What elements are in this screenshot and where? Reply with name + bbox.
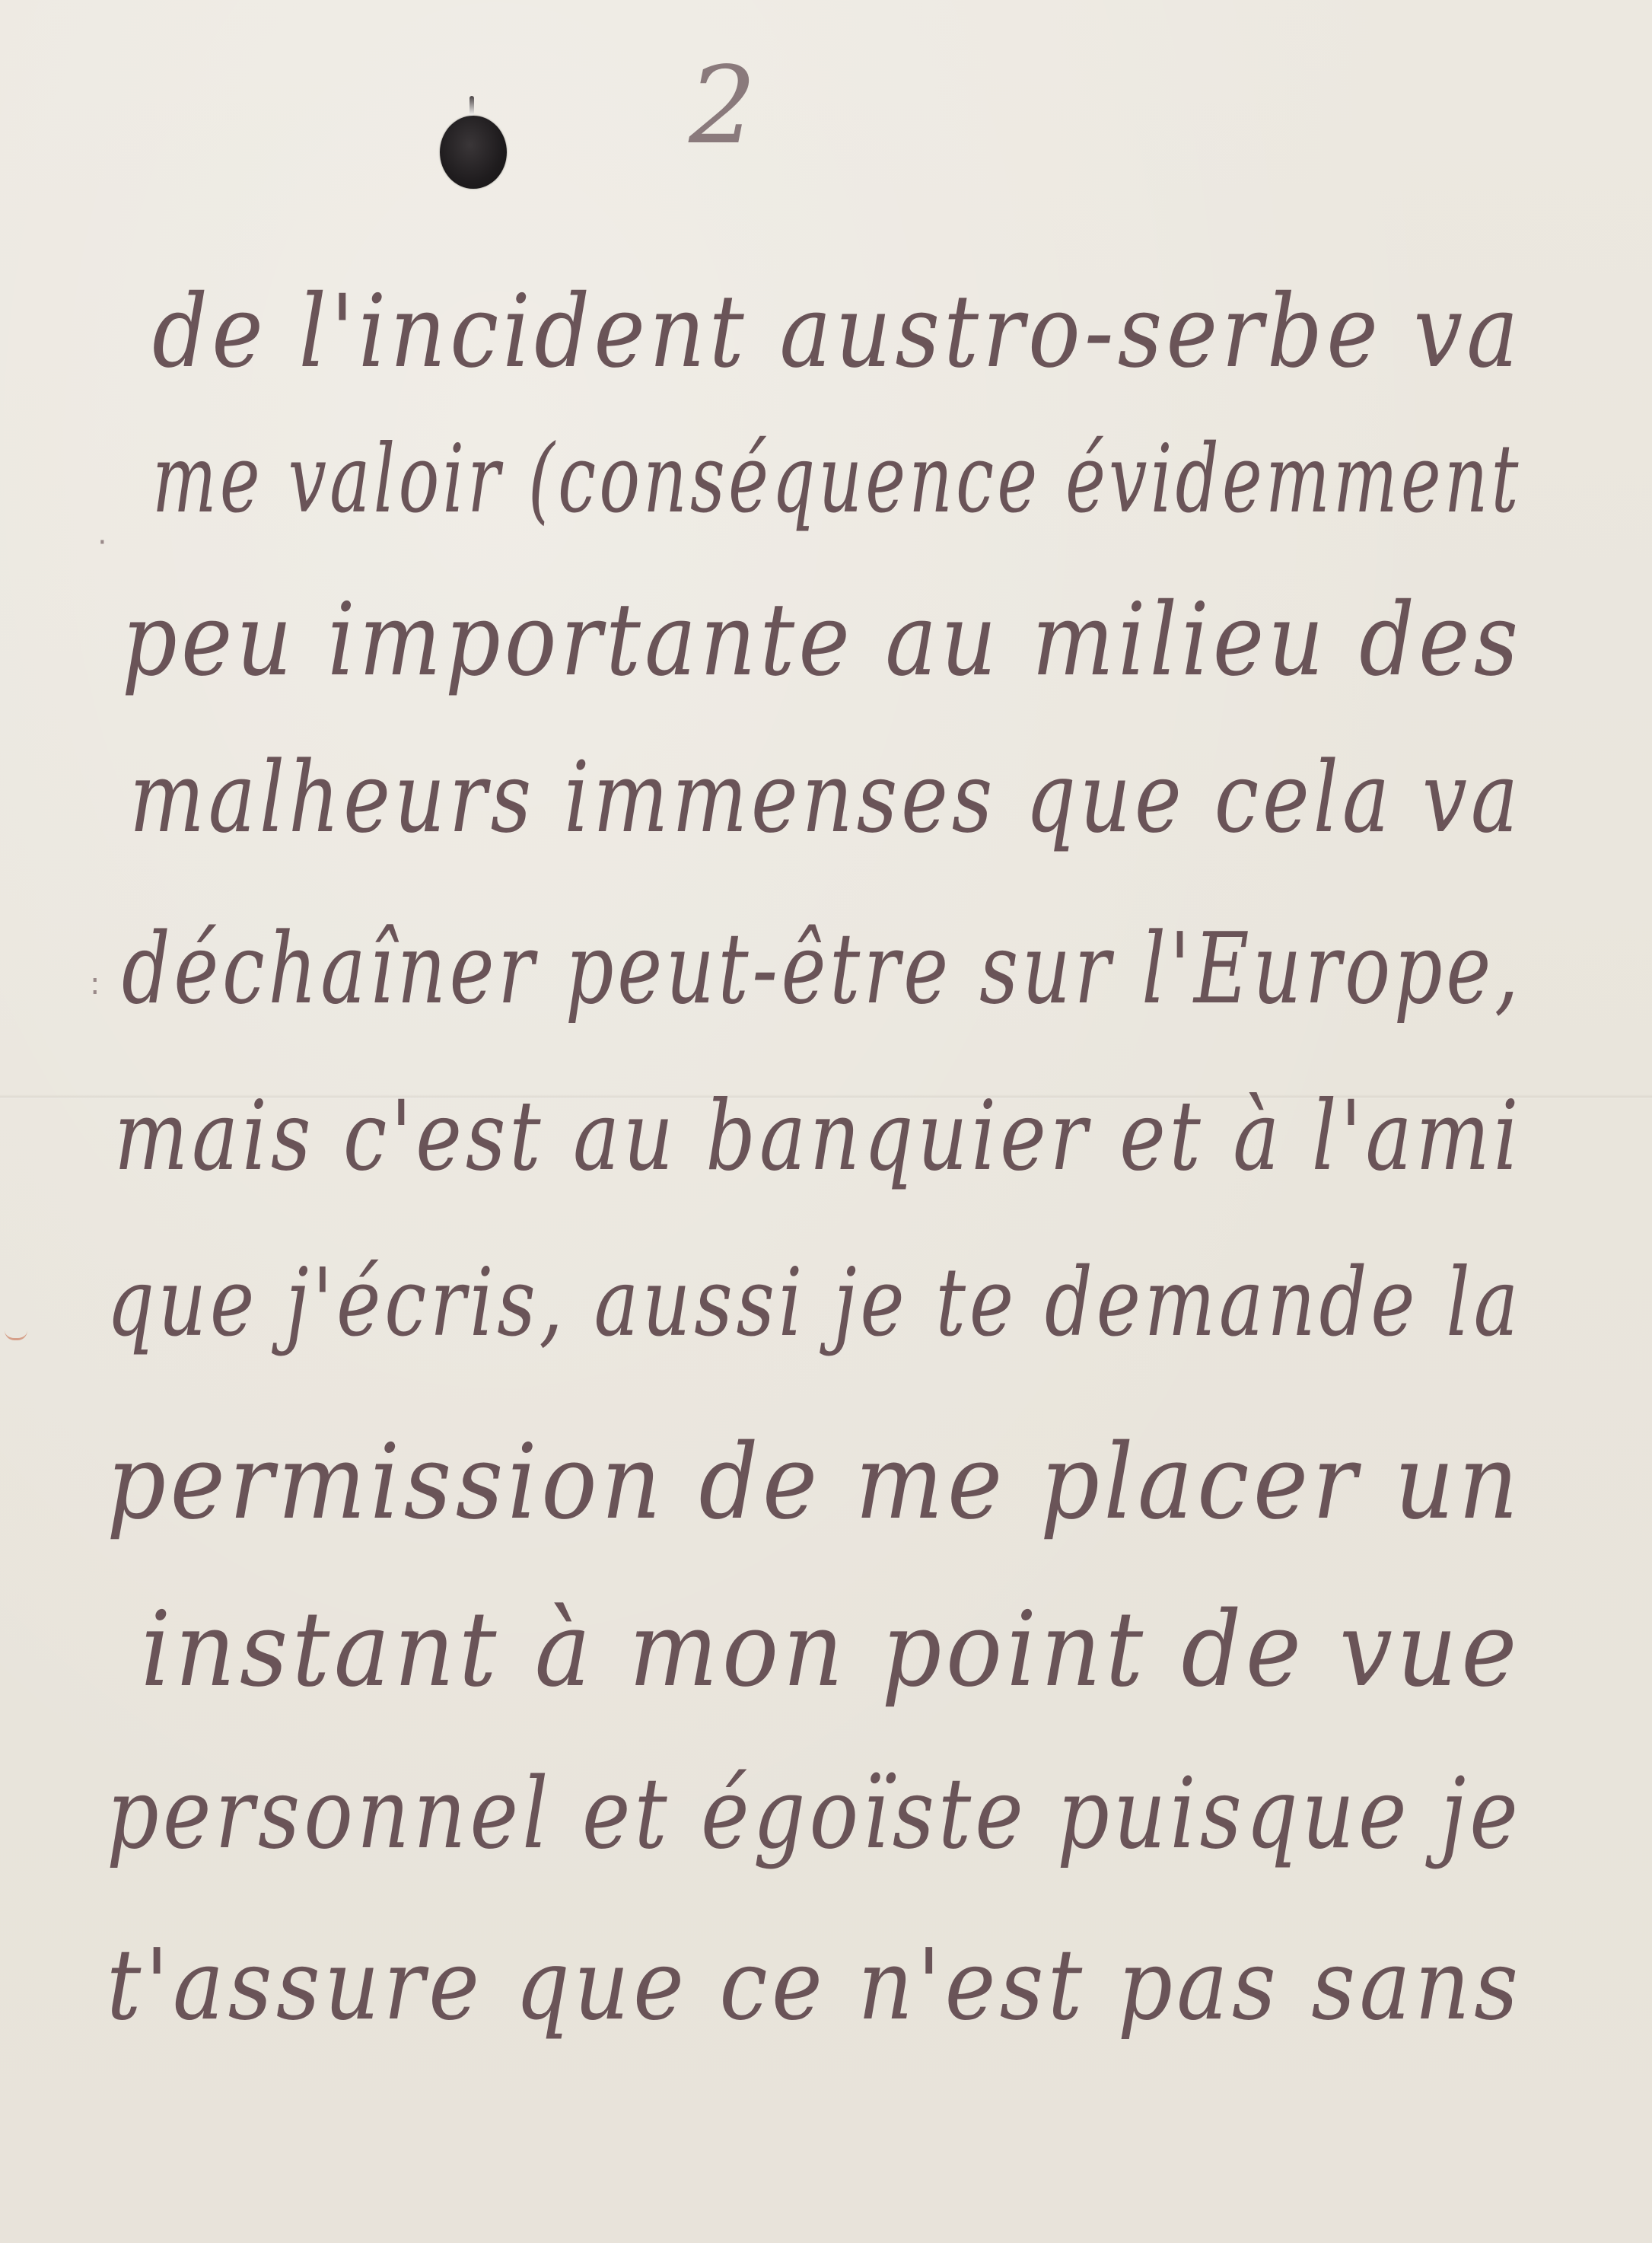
letter-line-1: de l'incident austro-serbe va	[152, 282, 1523, 382]
margin-mark: :	[90, 967, 100, 1002]
letter-line-5: déchaîner peut-être sur l'Europe,	[122, 921, 1522, 1018]
letter-line-2: me valoir (conséquence évidemment	[152, 432, 1522, 527]
punch-hole-tab	[469, 96, 474, 116]
page-number: 2	[689, 53, 756, 160]
letter-line-8: permission de me placer un	[107, 1431, 1523, 1534]
letter-line-7: que j'écris, aussi je te demande la	[107, 1256, 1522, 1350]
letter-line-10: personnel et égoïste puisque je	[107, 1766, 1522, 1863]
margin-dot: ·	[97, 525, 107, 560]
margin-red-mark	[5, 1330, 27, 1340]
letter-line-9: instant à mon point de vue	[141, 1598, 1521, 1702]
letter-line-3: peu importante au milieu des	[122, 590, 1522, 690]
punch-hole	[440, 116, 507, 189]
letter-line-4: malheurs immenses que cela va	[129, 750, 1522, 847]
letter-line-11: t'assure que ce n'est pas sans	[107, 1937, 1522, 2034]
letter-line-6: mais c'est au banquier et à l'ami	[114, 1088, 1522, 1184]
letter-page: 2 · : de l'incident austro-serbe va me v…	[0, 0, 1652, 2243]
